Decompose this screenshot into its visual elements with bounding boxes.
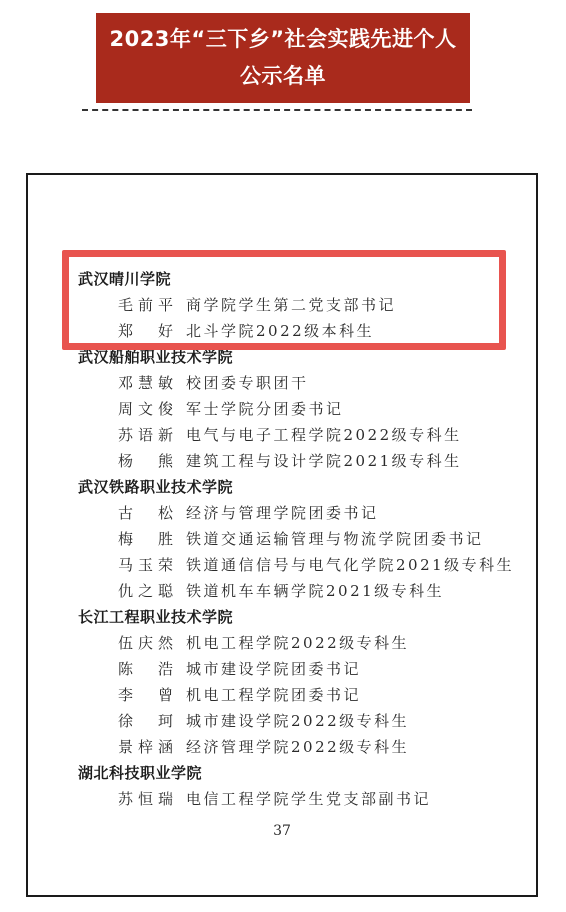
entry-row: 郑 好北斗学院2022级本科生 (118, 318, 536, 344)
entry-name: 毛前平 (118, 292, 186, 318)
entry-role: 城市建设学院2022级专科生 (186, 708, 409, 734)
entry-role: 机电工程学院团委书记 (186, 682, 361, 708)
entry-name: 杨 熊 (118, 448, 186, 474)
entry-row: 古 松经济与管理学院团委书记 (118, 500, 536, 526)
entry-role: 北斗学院2022级本科生 (186, 318, 374, 344)
entry-name: 徐 珂 (118, 708, 186, 734)
title-line-1: 2023年“三下乡”社会实践先进个人 (109, 21, 456, 58)
entry-row: 景梓涵经济管理学院2022级专科生 (118, 734, 536, 760)
entry-role: 校团委专职团干 (186, 370, 309, 396)
document-page: 武汉晴川学院毛前平商学院学生第二党支部书记郑 好北斗学院2022级本科生武汉船舶… (26, 173, 538, 897)
school-heading: 长江工程职业技术学院 (78, 604, 536, 630)
entry-role: 经济与管理学院团委书记 (186, 500, 379, 526)
title-line-2: 公示名单 (240, 58, 326, 95)
entry-row: 梅 胜铁道交通运输管理与物流学院团委书记 (118, 526, 536, 552)
screenshot-root: 2023年“三下乡”社会实践先进个人 公示名单 武汉晴川学院毛前平商学院学生第二… (0, 0, 566, 912)
entry-role: 铁道交通运输管理与物流学院团委书记 (186, 526, 484, 552)
entry-row: 徐 珂城市建设学院2022级专科生 (118, 708, 536, 734)
entry-role: 经济管理学院2022级专科生 (186, 734, 409, 760)
entry-name: 梅 胜 (118, 526, 186, 552)
entry-role: 建筑工程与设计学院2021级专科生 (186, 448, 462, 474)
entry-role: 军士学院分团委书记 (186, 396, 344, 422)
entry-row: 邓慧敏校团委专职团干 (118, 370, 536, 396)
dashed-separator (82, 109, 472, 111)
entry-name: 苏语新 (118, 422, 186, 448)
entry-row: 苏语新电气与电子工程学院2022级专科生 (118, 422, 536, 448)
entry-name: 仇之聪 (118, 578, 186, 604)
entry-name: 邓慧敏 (118, 370, 186, 396)
entry-row: 伍庆然机电工程学院2022级专科生 (118, 630, 536, 656)
entry-name: 陈 浩 (118, 656, 186, 682)
school-heading: 武汉铁路职业技术学院 (78, 474, 536, 500)
entry-name: 古 松 (118, 500, 186, 526)
school-heading: 湖北科技职业学院 (78, 760, 536, 786)
entry-row: 陈 浩城市建设学院团委书记 (118, 656, 536, 682)
entry-role: 机电工程学院2022级专科生 (186, 630, 409, 656)
entry-name: 周文俊 (118, 396, 186, 422)
entry-row: 仇之聪铁道机车车辆学院2021级专科生 (118, 578, 536, 604)
page-number: 37 (28, 822, 536, 840)
entry-row: 周文俊军士学院分团委书记 (118, 396, 536, 422)
entry-role: 城市建设学院团委书记 (186, 656, 361, 682)
entry-name: 景梓涵 (118, 734, 186, 760)
entry-name: 李 曾 (118, 682, 186, 708)
entry-row: 杨 熊建筑工程与设计学院2021级专科生 (118, 448, 536, 474)
entry-name: 马玉荣 (118, 552, 186, 578)
entry-role: 铁道通信信号与电气化学院2021级专科生 (186, 552, 514, 578)
entry-role: 电气与电子工程学院2022级专科生 (186, 422, 462, 448)
entry-row: 马玉荣铁道通信信号与电气化学院2021级专科生 (118, 552, 536, 578)
entry-role: 商学院学生第二党支部书记 (186, 292, 396, 318)
school-heading: 武汉船舶职业技术学院 (78, 344, 536, 370)
entry-role: 铁道机车车辆学院2021级专科生 (186, 578, 444, 604)
entry-row: 苏恒瑞电信工程学院学生党支部副书记 (118, 786, 536, 812)
entry-name: 伍庆然 (118, 630, 186, 656)
section-list: 武汉晴川学院毛前平商学院学生第二党支部书记郑 好北斗学院2022级本科生武汉船舶… (28, 175, 536, 812)
school-heading: 武汉晴川学院 (78, 266, 536, 292)
entry-row: 李 曾机电工程学院团委书记 (118, 682, 536, 708)
entry-row: 毛前平商学院学生第二党支部书记 (118, 292, 536, 318)
entry-name: 苏恒瑞 (118, 786, 186, 812)
entry-role: 电信工程学院学生党支部副书记 (186, 786, 431, 812)
title-banner: 2023年“三下乡”社会实践先进个人 公示名单 (96, 13, 470, 103)
entry-name: 郑 好 (118, 318, 186, 344)
